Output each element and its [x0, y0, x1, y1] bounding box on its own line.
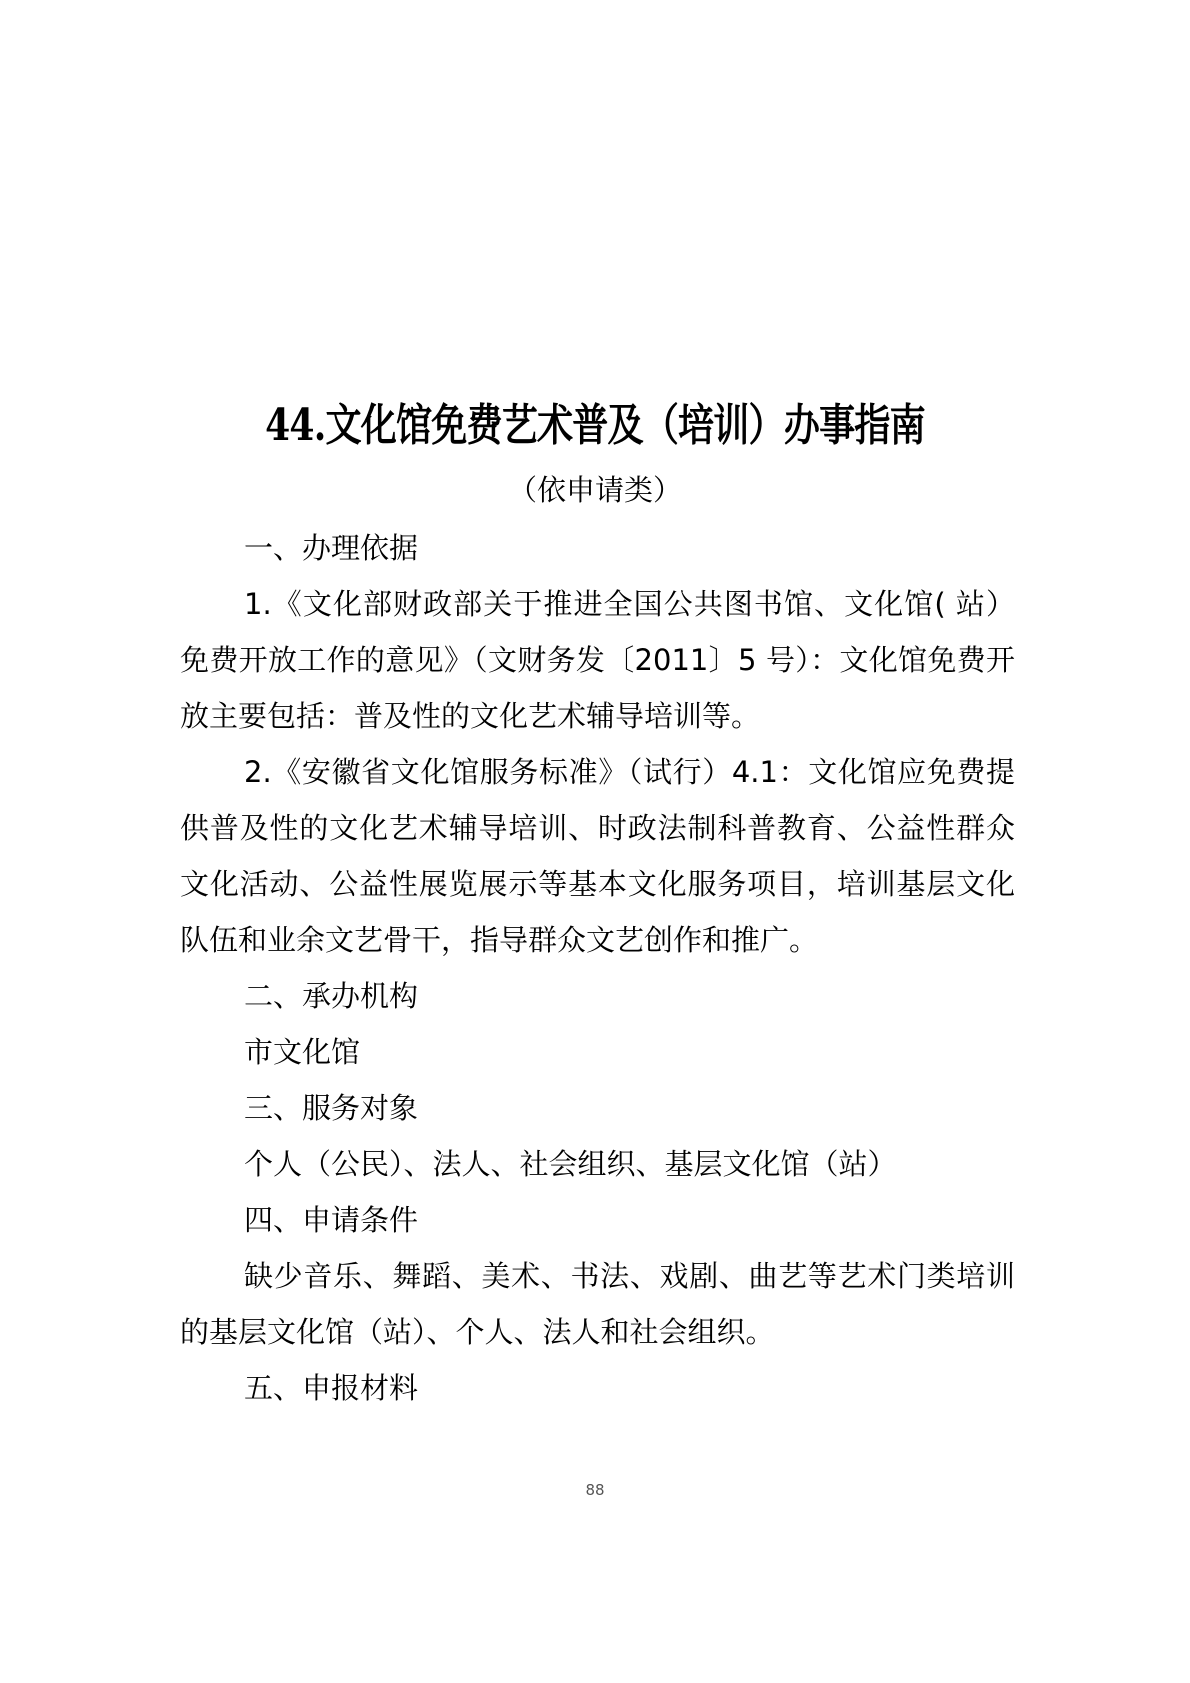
- page-subtitle: （依申请类）: [0, 470, 1190, 510]
- basis-paragraph-2: 2.《安徽省文化馆服务标准》（试行）4.1：文化馆应免费提供普及性的文化艺术辅导…: [180, 744, 1015, 968]
- section-heading-organization: 二、承办机构: [180, 968, 1015, 1024]
- document-page: 44.文化馆免费艺术普及（培训）办事指南 （依申请类） 一、办理依据 1.《文化…: [0, 0, 1190, 1683]
- page-number: 88: [0, 1481, 1190, 1499]
- section-heading-basis: 一、办理依据: [180, 520, 1015, 576]
- service-targets-paragraph: 个人（公民）、法人、社会组织、基层文化馆（站）: [180, 1136, 1015, 1192]
- document-body: 一、办理依据 1.《文化部财政部关于推进全国公共图书馆、文化馆( 站）免费开放工…: [180, 520, 1015, 1416]
- page-title: 44.文化馆免费艺术普及（培训）办事指南: [107, 398, 1083, 454]
- section-heading-materials: 五、申报材料: [180, 1360, 1015, 1416]
- conditions-paragraph: 缺少音乐、舞蹈、美术、书法、戏剧、曲艺等艺术门类培训的基层文化馆（站）、个人、法…: [180, 1248, 1015, 1360]
- organization-paragraph: 市文化馆: [180, 1024, 1015, 1080]
- basis-paragraph-1: 1.《文化部财政部关于推进全国公共图书馆、文化馆( 站）免费开放工作的意见》（文…: [180, 576, 1015, 744]
- section-heading-conditions: 四、申请条件: [180, 1192, 1015, 1248]
- section-heading-service-targets: 三、服务对象: [180, 1080, 1015, 1136]
